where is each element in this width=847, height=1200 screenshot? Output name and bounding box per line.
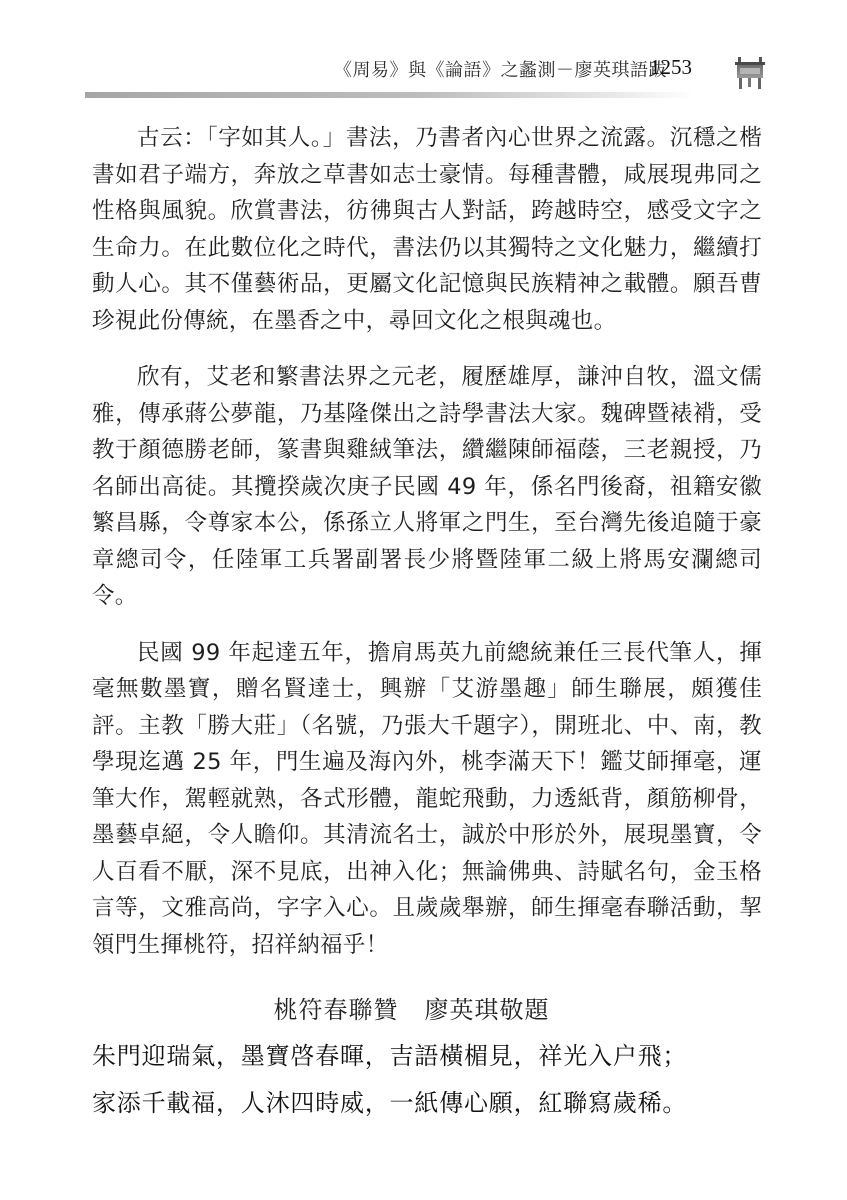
body-text: 古云：「字如其人。」書法，乃書者內心世界之流露。沉穩之楷書如君子端方，奔放之草書… [92,120,762,983]
poem-line-1: 朱門迎瑞氣，墨寶啓春暉，吉語橫楣見，祥光入户飛； [92,1033,772,1080]
page-header: 《周易》與《論語》之蠡測－廖英琪語跋 1253 [0,0,847,110]
running-title: 《周易》與《論語》之蠡測－廖英琪語跋 [334,56,667,82]
poem-body: 朱門迎瑞氣，墨寶啓春暉，吉語橫楣見，祥光入户飛； 家添千載福，人沐四時威，一紙傳… [92,1033,772,1127]
poem-line-2: 家添千載福，人沐四時威，一紙傳心願，紅聯寫歲稀。 [92,1080,772,1127]
paragraph-calligraphy-intro: 古云：「字如其人。」書法，乃書者內心世界之流露。沉穩之楷書如君子端方，奔放之草書… [92,120,762,339]
poem-heading: 桃符春聯贊廖英琪敬題 [0,990,847,1025]
paragraph-biography: 欣有，艾老和繁書法界之元老，履歷雄厚，謙沖自牧，溫文儒雅，傳承蔣公夢龍，乃基隆傑… [92,359,762,615]
poem-author: 廖英琪敬題 [425,996,550,1024]
header-rule [85,92,695,98]
poem-title: 桃符春聯贊 [274,996,399,1024]
paragraph-achievements: 民國 99 年起達五年，擔肩馬英九前總統兼任三長代筆人，揮毫無數墨寶，贈名賢達士… [92,635,762,964]
ding-bronze-vessel-icon [733,55,767,91]
page-number: 1253 [650,55,692,80]
